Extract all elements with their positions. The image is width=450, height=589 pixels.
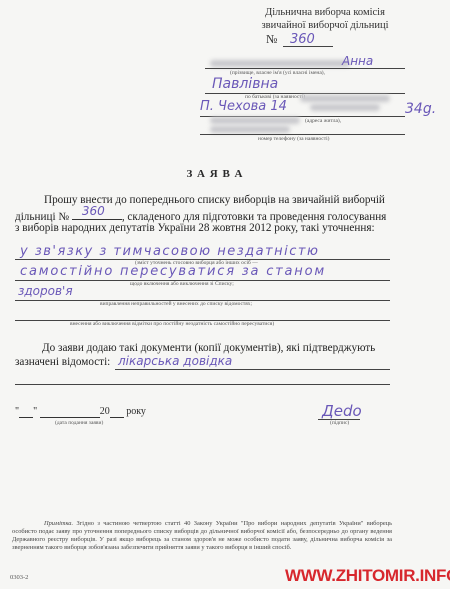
year-blank [110,406,124,418]
legal-note: Примітка. Згідно з частиною четвертою ст… [12,520,392,552]
request-precinct-field: 360 [72,208,122,220]
request-line-3: з виборів народних депутатів України 28 … [15,222,375,236]
precinct-number-label: № [266,33,277,46]
address-note: 34g. [405,101,436,117]
applicant-patronymic: Павлівна [212,76,278,92]
applicant-address: П. Чехова 14 [200,99,287,114]
date-quote-close: " [33,406,37,417]
name-underline [205,68,405,69]
signature-caption: (підпис) [330,420,349,426]
documents-underline-2 [15,384,390,385]
redacted-phone [210,126,290,133]
address-caption: (адреса житла), [305,118,341,124]
documents-handwritten: лікарська довідка [118,354,232,368]
clarification-caption-2: щодо включення або виключення зі Списку; [130,281,234,287]
clarification-hand-1: у зв'язку з тимчасовою нездатністю [20,244,319,259]
clarification-caption-4: внесення або виключення відмітки про пос… [70,321,274,327]
clarification-caption-3: виправлення неправильностей у внесених д… [100,301,252,307]
date-caption: (дата подання заяви) [55,420,103,426]
request-precinct-value: 360 [82,205,105,219]
form-code: 0303-2 [10,574,28,581]
watermark: WWW.ZHITOMIR.INFO [285,566,450,586]
note-label: Примітка. [44,520,73,527]
precinct-number-value: 360 [290,32,315,47]
commission-header: Дільнична виборча комісія звичайної вибо… [230,6,420,32]
header-line-1: Дільнична виборча комісія [230,6,420,19]
applicant-name: Анна [342,54,373,68]
redacted-address [310,104,380,111]
redacted-patronymic-note [300,95,390,102]
day-blank [19,406,33,418]
redacted-address-2 [210,117,300,124]
signature: Деdo [322,402,362,420]
clarification-hand-3: здоров'я [18,284,73,298]
phone-underline [200,134,405,135]
date-field: " " 20 року [15,406,146,418]
year-prefix: 20 [100,406,110,417]
document-title: З А Я В А [0,168,430,180]
year-suffix: року [126,406,146,417]
header-line-2: звичайної виборчої дільниці [230,19,420,32]
documents-line-2-label: зазначені відомості: [15,356,110,370]
clarification-hand-2: самостійно пересуватися за станом [20,264,326,279]
documents-underline-1 [115,369,390,370]
redacted-surname [210,60,350,67]
phone-caption: номер телефону (за наявності) [258,136,329,142]
month-blank [40,406,100,418]
